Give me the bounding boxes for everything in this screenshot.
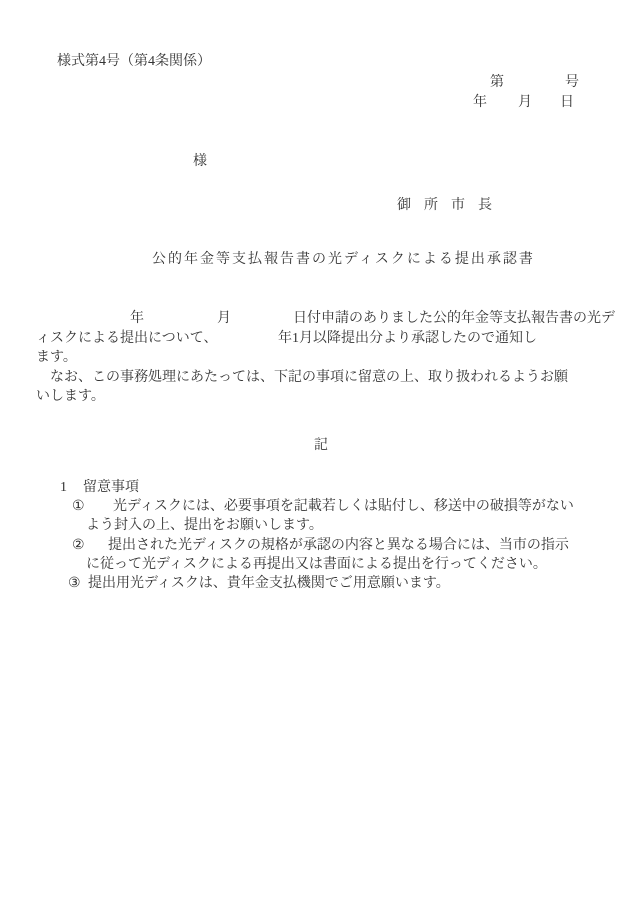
notes-section-number: 1 [60,478,67,497]
body-line-1: 年 月 日付申請のありました公的年金等支払報告書の光デ [36,309,630,328]
note-item-1-marker: ① [72,497,85,516]
note-item-3-text: 提出用光ディスクは、貴年金支払機関でご用意願います。 [88,574,450,593]
sender-title: 御所市長 [397,196,505,215]
body-line-3: ます。 [36,348,77,367]
doc-number-suffix: 号 [565,73,579,92]
body-line-1-text: 日付申請のありました公的年金等支払報告書の光デ [293,309,615,328]
note-item-2: ② 提出された光ディスクの規格が承認の内容と異なる場合には、当市の指示 [0,536,630,555]
note-item-1: ① 光ディスクには、必要事項を記載若しくは貼付し、移送中の破損等がない [0,497,630,516]
date-year-label: 年 [473,93,487,112]
body-line-4: なお、この事務処理にあたっては、下記の事項に留意の上、取り扱われるようお願 [50,368,568,387]
note-item-3-marker: ③ [68,574,81,593]
date-month-label: 月 [518,93,532,112]
record-heading: 記 [314,436,328,455]
date-day-label: 日 [560,93,574,112]
note-item-2-marker: ② [72,536,85,555]
body-line-2-head: ィスクによる提出について、 [36,329,217,348]
note-item-1-wrap: よう封入の上、提出をお願いします。 [86,516,323,535]
note-item-2-text: 提出された光ディスクの規格が承認の内容と異なる場合には、当市の指示 [108,536,569,555]
date-line: 年 月 日 [0,93,630,112]
body-line-5: いします。 [36,387,105,406]
note-item-2-wrap: に従って光ディスクによる再提出又は書面による提出を行ってください。 [86,555,547,574]
body-line-2: ィスクによる提出について、 年1月以降提出分より承認したので通知し [36,329,630,348]
note-item-1-text: 光ディスクには、必要事項を記載若しくは貼付し、移送中の破損等がない [113,497,574,516]
body-line-2-rest: 年1月以降提出分より承認したので通知し [278,329,537,348]
notes-section-label: 留意事項 [83,478,139,497]
document-title: 公的年金等支払報告書の光ディスクによる提出承認書 [152,250,535,269]
doc-number-prefix: 第 [490,73,504,92]
addressee-honorific: 様 [193,152,207,171]
form-number-label: 様式第4号（第4条関係） [57,52,211,71]
document-page: 様式第4号（第4条関係） 第 号 年 月 日 様 御所市長 公的年金等支払報告書… [0,0,630,915]
notes-section-heading: 1 留意事項 [0,478,630,497]
blank-month-label: 月 [217,309,231,328]
note-item-3: ③ 提出用光ディスクは、貴年金支払機関でご用意願います。 [0,574,630,593]
document-number-line: 第 号 [0,73,630,92]
blank-year-label: 年 [130,309,144,328]
